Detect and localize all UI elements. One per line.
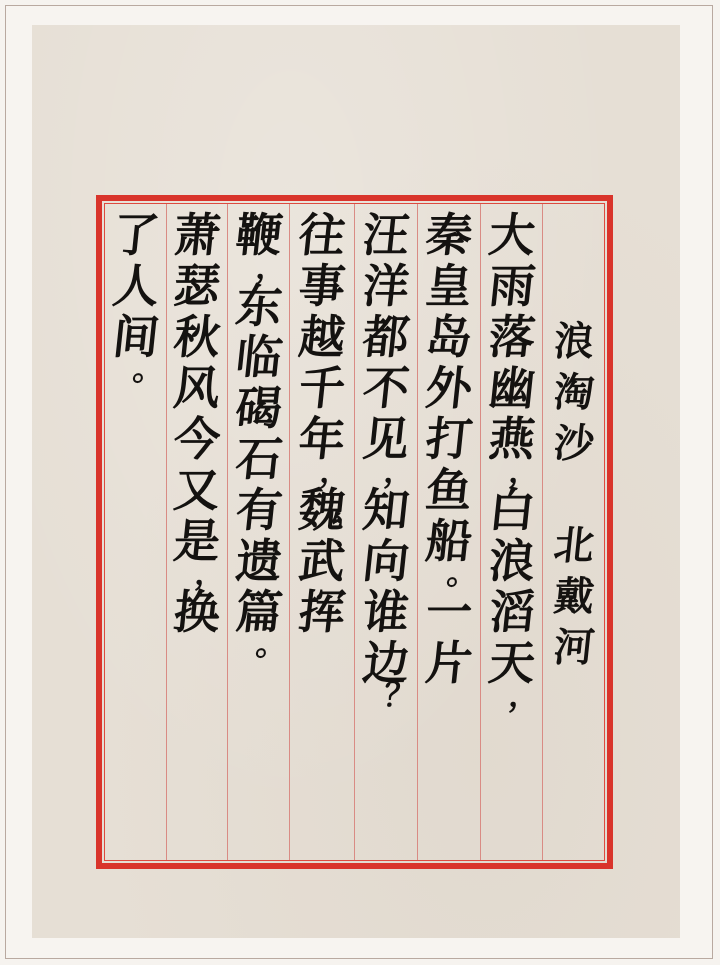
column-3: 秦皇岛外打鱼船。一片 [417,204,480,860]
punctuation-mark: 。 [255,630,290,658]
punctuation-mark: 。 [132,355,167,383]
calligraphy-character: 大 [486,210,537,261]
punctuation-mark: ， [508,681,543,709]
calligraphy-character: 落 [486,312,537,363]
calligraphy-character: 东 [233,281,284,332]
calligraphy-character [551,469,596,520]
calligraphy-character: 秋 [171,312,222,363]
calligraphy-character: 一 [423,587,474,638]
calligraphy-character: 风 [171,363,222,414]
calligraphy-character: 谁 [360,587,411,638]
calligraphy-character: 向 [360,536,411,587]
red-grid-border: 浪淘沙 北戴河 大雨落幽燕，白浪滔天， 秦皇岛外打鱼船。一片 汪洋都不见，知向谁… [96,195,613,869]
punctuation-mark: ？ [383,681,418,709]
column-6: 鞭，东临碣石有遗篇。 [227,204,289,860]
calligraphy-character: 有 [233,485,284,536]
column-5: 往事越千年，魏武挥 [289,204,354,860]
calligraphy-character: 雨 [486,261,537,312]
calligraphy-character: 都 [360,312,411,363]
calligraphy-character: 换 [171,587,222,638]
calligraphy-character: 浪 [486,536,537,587]
calligraphy-character: 秦 [423,210,474,261]
calligraphy-character: 皇 [423,261,474,312]
calligraphy-character: 岛 [423,312,474,363]
calligraphy-character: 北 [551,520,596,571]
column-8: 了人间。 [105,204,166,860]
calligraphy-character: 临 [233,332,284,383]
column-4: 汪洋都不见，知向谁边？ [354,204,417,860]
calligraphy-character: 浪 [551,316,596,367]
calligraphy-character: 白 [486,485,537,536]
calligraphy-character: 幽 [486,363,537,414]
calligraphy-character: 石 [233,434,284,485]
punctuation-mark: ， [319,457,354,485]
calligraphy-character: 知 [360,485,411,536]
column-2: 大雨落幽燕，白浪滔天， [480,204,542,860]
grid-inner-border: 浪淘沙 北戴河 大雨落幽燕，白浪滔天， 秦皇岛外打鱼船。一片 汪洋都不见，知向谁… [104,203,605,861]
calligraphy-character: 淘 [551,367,596,418]
calligraphy-character: 又 [171,465,222,516]
calligraphy-character: 往 [296,210,347,261]
calligraphy-character: 遗 [233,536,284,587]
calligraphy-character: 今 [171,414,222,465]
punctuation-mark: ， [508,457,543,485]
calligraphy-character: 河 [551,622,596,673]
calligraphy-character: 瑟 [171,261,222,312]
calligraphy-character: 魏 [296,485,347,536]
column-7: 萧瑟秋风今又是，换 [166,204,227,860]
calligraphy-character: 戴 [551,571,596,622]
calligraphy-character: 不 [360,363,411,414]
calligraphy-character: 人 [110,261,161,312]
calligraphy-character: 沙 [551,418,596,469]
calligraphy-character: 滔 [486,587,537,638]
calligraphy-character: 碣 [233,383,284,434]
calligraphy-character: 打 [423,414,474,465]
calligraphy-character: 汪 [360,210,411,261]
calligraphy-character: 越 [296,312,347,363]
calligraphy-character: 千 [296,363,347,414]
calligraphy-character: 洋 [360,261,411,312]
punctuation-mark: ， [255,253,290,281]
calligraphy-character: 挥 [296,587,347,638]
calligraphy-character: 了 [110,210,161,261]
punctuation-mark: ， [383,457,418,485]
calligraphy-character: 武 [296,536,347,587]
column-1-title: 浪淘沙 北戴河 [542,204,605,860]
calligraphy-character: 外 [423,363,474,414]
calligraphy-character: 萧 [171,210,222,261]
punctuation-mark: 。 [446,559,481,587]
punctuation-mark: ， [194,559,229,587]
calligraphy-character: 鱼 [423,465,474,516]
calligraphy-character: 片 [423,638,474,689]
calligraphy-character: 事 [296,261,347,312]
